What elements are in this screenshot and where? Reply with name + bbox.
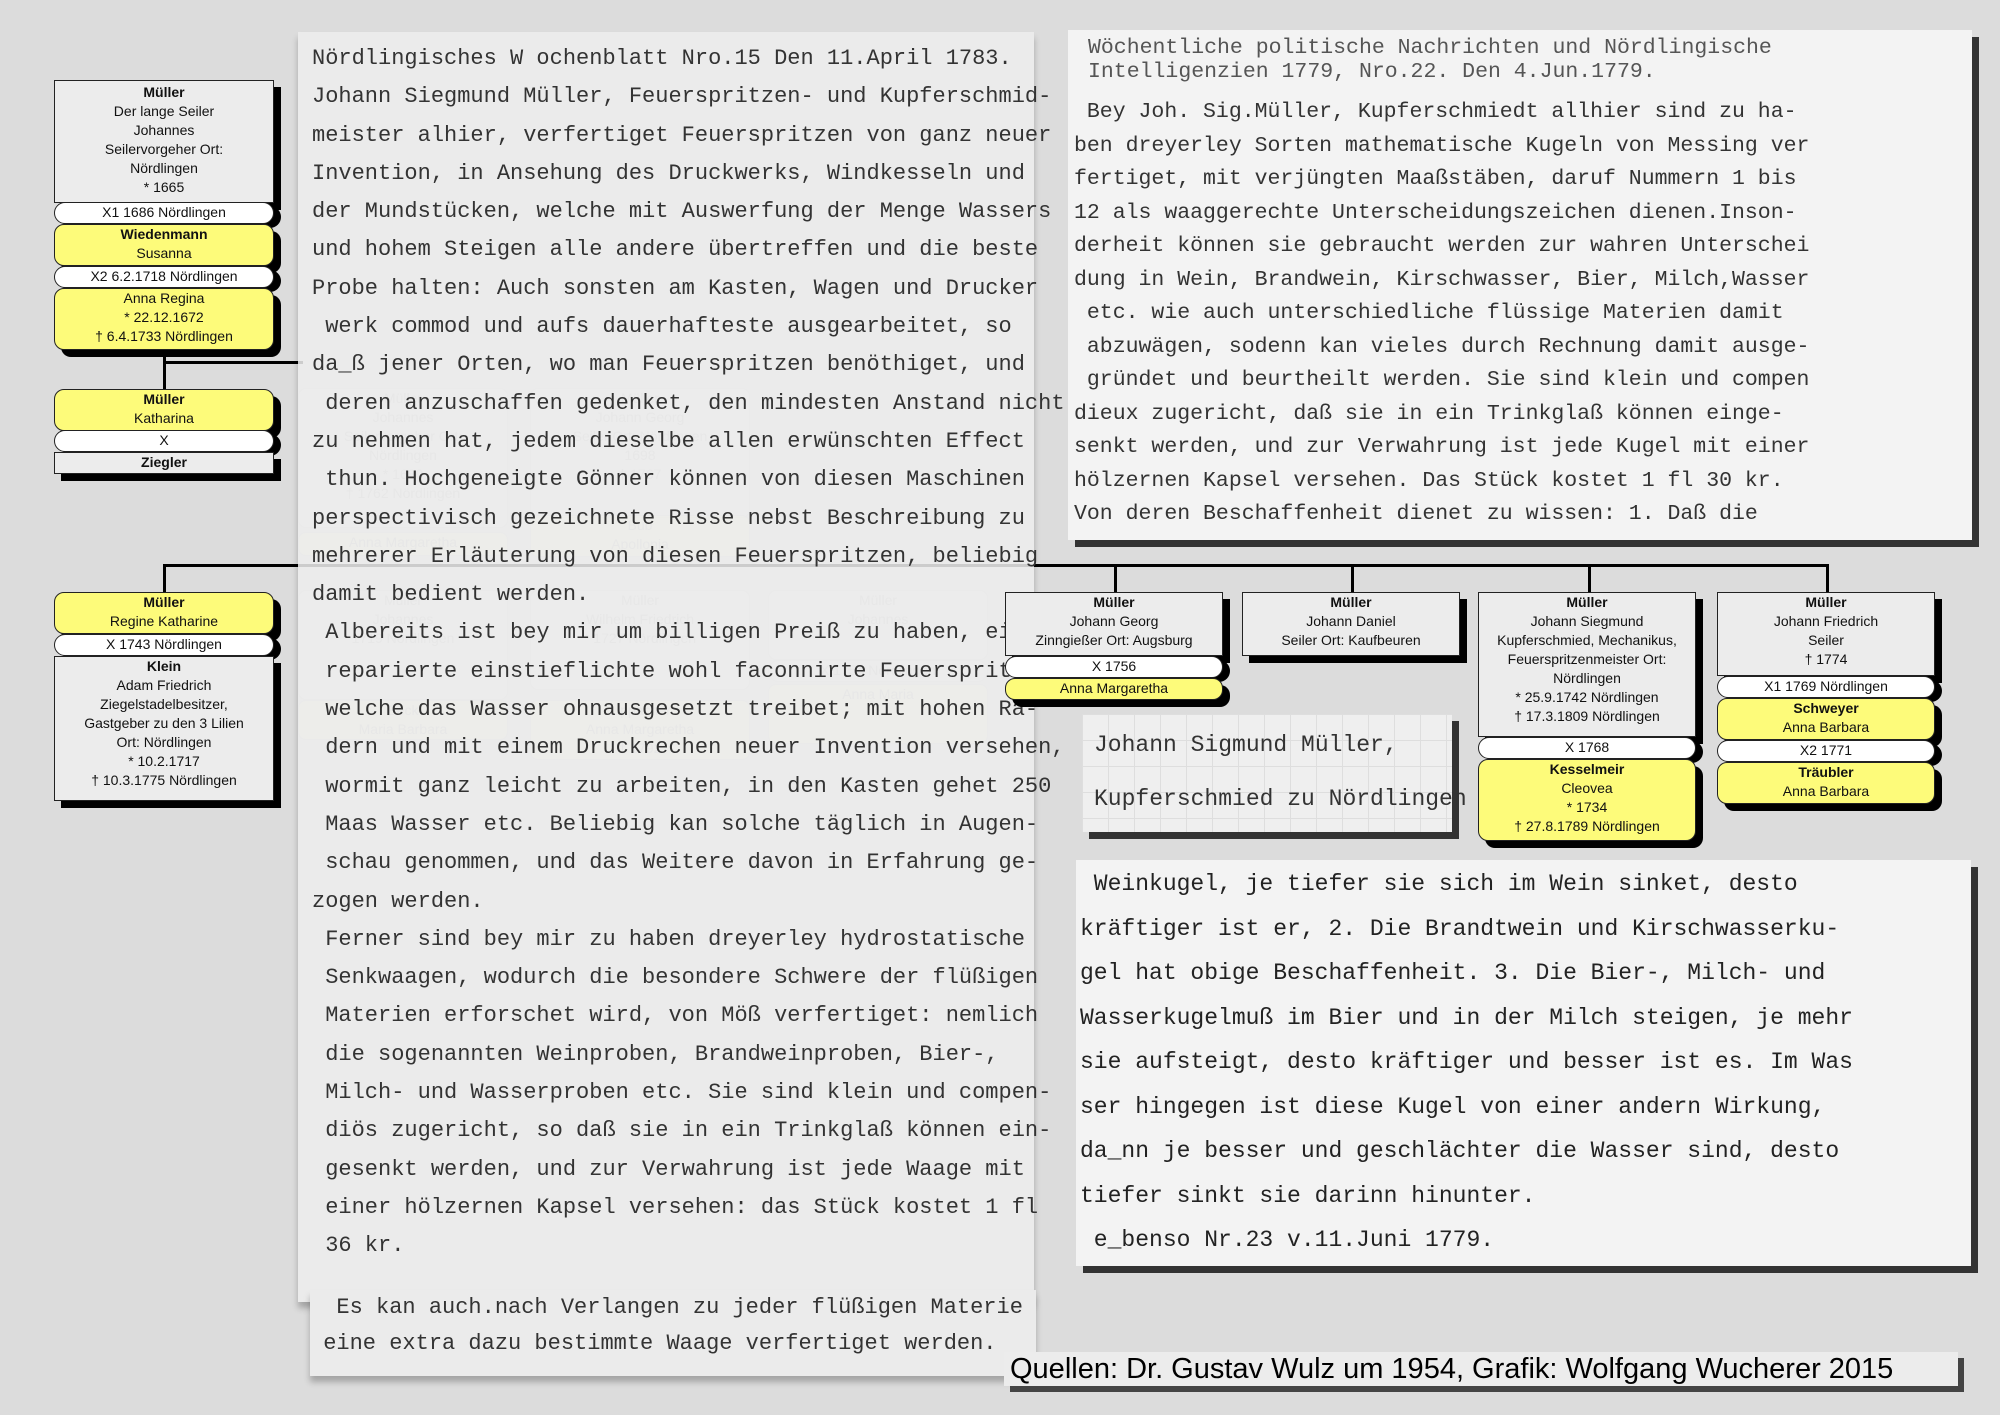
marriage-pill: X2 6.2.1718 Nördlingen [54,266,274,288]
doc-title: Nördlingisches W ochenblatt Nro.15 Den 1… [312,40,1034,78]
spouse-box-anna-regina[interactable]: Anna Regina * 22.12.1672 † 6.4.1733 Nörd… [54,288,274,350]
connector-child-1 [163,564,166,594]
spouse-box-schweyer[interactable]: Schweyer Anna Barbara [1717,698,1935,740]
document-nachrichten-1779-continued: Weinkugel, je tiefer sie sich im Wein si… [1076,860,1971,1266]
connector-child-5 [1826,564,1829,594]
spouse-box-traeubler[interactable]: Träubler Anna Barbara [1717,762,1935,804]
connector-child-2 [1114,564,1117,594]
document-wochenblatt-1783-footer: Es kan auch.nach Verlangen zu jeder flüß… [310,1290,1036,1376]
doc-header-line: Wöchentliche politische Nachrichten und … [1088,36,1972,60]
person-box-katharina-mueller[interactable]: Müller Katharina [54,389,274,431]
marriage-pill: X1 1769 Nördlingen [1717,676,1935,698]
person-box-johann-georg[interactable]: Müller Johann Georg Zinngießer Ort: Augs… [1005,592,1223,656]
document-wochenblatt-1783: Nördlingisches W ochenblatt Nro.15 Den 1… [298,32,1034,1302]
person-box-johann-siegmund[interactable]: Müller Johann Siegmund Kupferschmied, Me… [1478,592,1696,737]
person-box-johann-friedrich[interactable]: Müller Johann Friedrich Seiler † 1774 [1717,592,1935,676]
credit-line: Quellen: Dr. Gustav Wulz um 1954, Grafik… [1004,1352,1958,1386]
name-card-johann-sigmund: Johann Sigmund Müller, Kupferschmied zu … [1082,714,1452,832]
spouse-box-wiedenmann[interactable]: Wiedenmann Susanna [54,224,274,266]
spouse-box-kesselmeir[interactable]: Kesselmeir Cleovea * 1734 † 27.8.1789 Nö… [1478,759,1696,841]
spouse-box-klein[interactable]: Klein Adam Friedrich Ziegelstadelbesitze… [54,656,274,801]
person-box-regine-katharine[interactable]: Müller Regine Katharine [54,592,274,634]
doc-header-line: Intelligenzien 1779, Nro.22. Den 4.Jun.1… [1088,60,1972,84]
person-box-johannes-mueller[interactable]: Müller Der lange Seiler Johannes Seilerv… [54,80,274,203]
marriage-pill: X 1756 [1005,656,1223,678]
connector-horizontal-to-doc [163,361,303,364]
connector-child-3 [1351,564,1354,594]
connector-child-4 [1588,564,1591,594]
marriage-pill: X 1743 Nördlingen [54,634,274,656]
spouse-box-anna-margaretha[interactable]: Anna Margaretha [1005,678,1223,700]
connector-grandfather-to-katharina [163,352,166,392]
spouse-box-ziegler[interactable]: Ziegler [54,452,274,474]
document-nachrichten-1779: Wöchentliche politische Nachrichten und … [1068,30,1972,540]
marriage-pill: X2 1771 [1717,740,1935,762]
person-surname: Müller [143,84,184,100]
marriage-pill: X1 1686 Nördlingen [54,202,274,224]
person-box-johann-daniel[interactable]: Müller Johann Daniel Seiler Ort: Kaufbeu… [1242,592,1460,656]
marriage-pill: X 1768 [1478,737,1696,759]
marriage-pill: X [54,430,274,452]
